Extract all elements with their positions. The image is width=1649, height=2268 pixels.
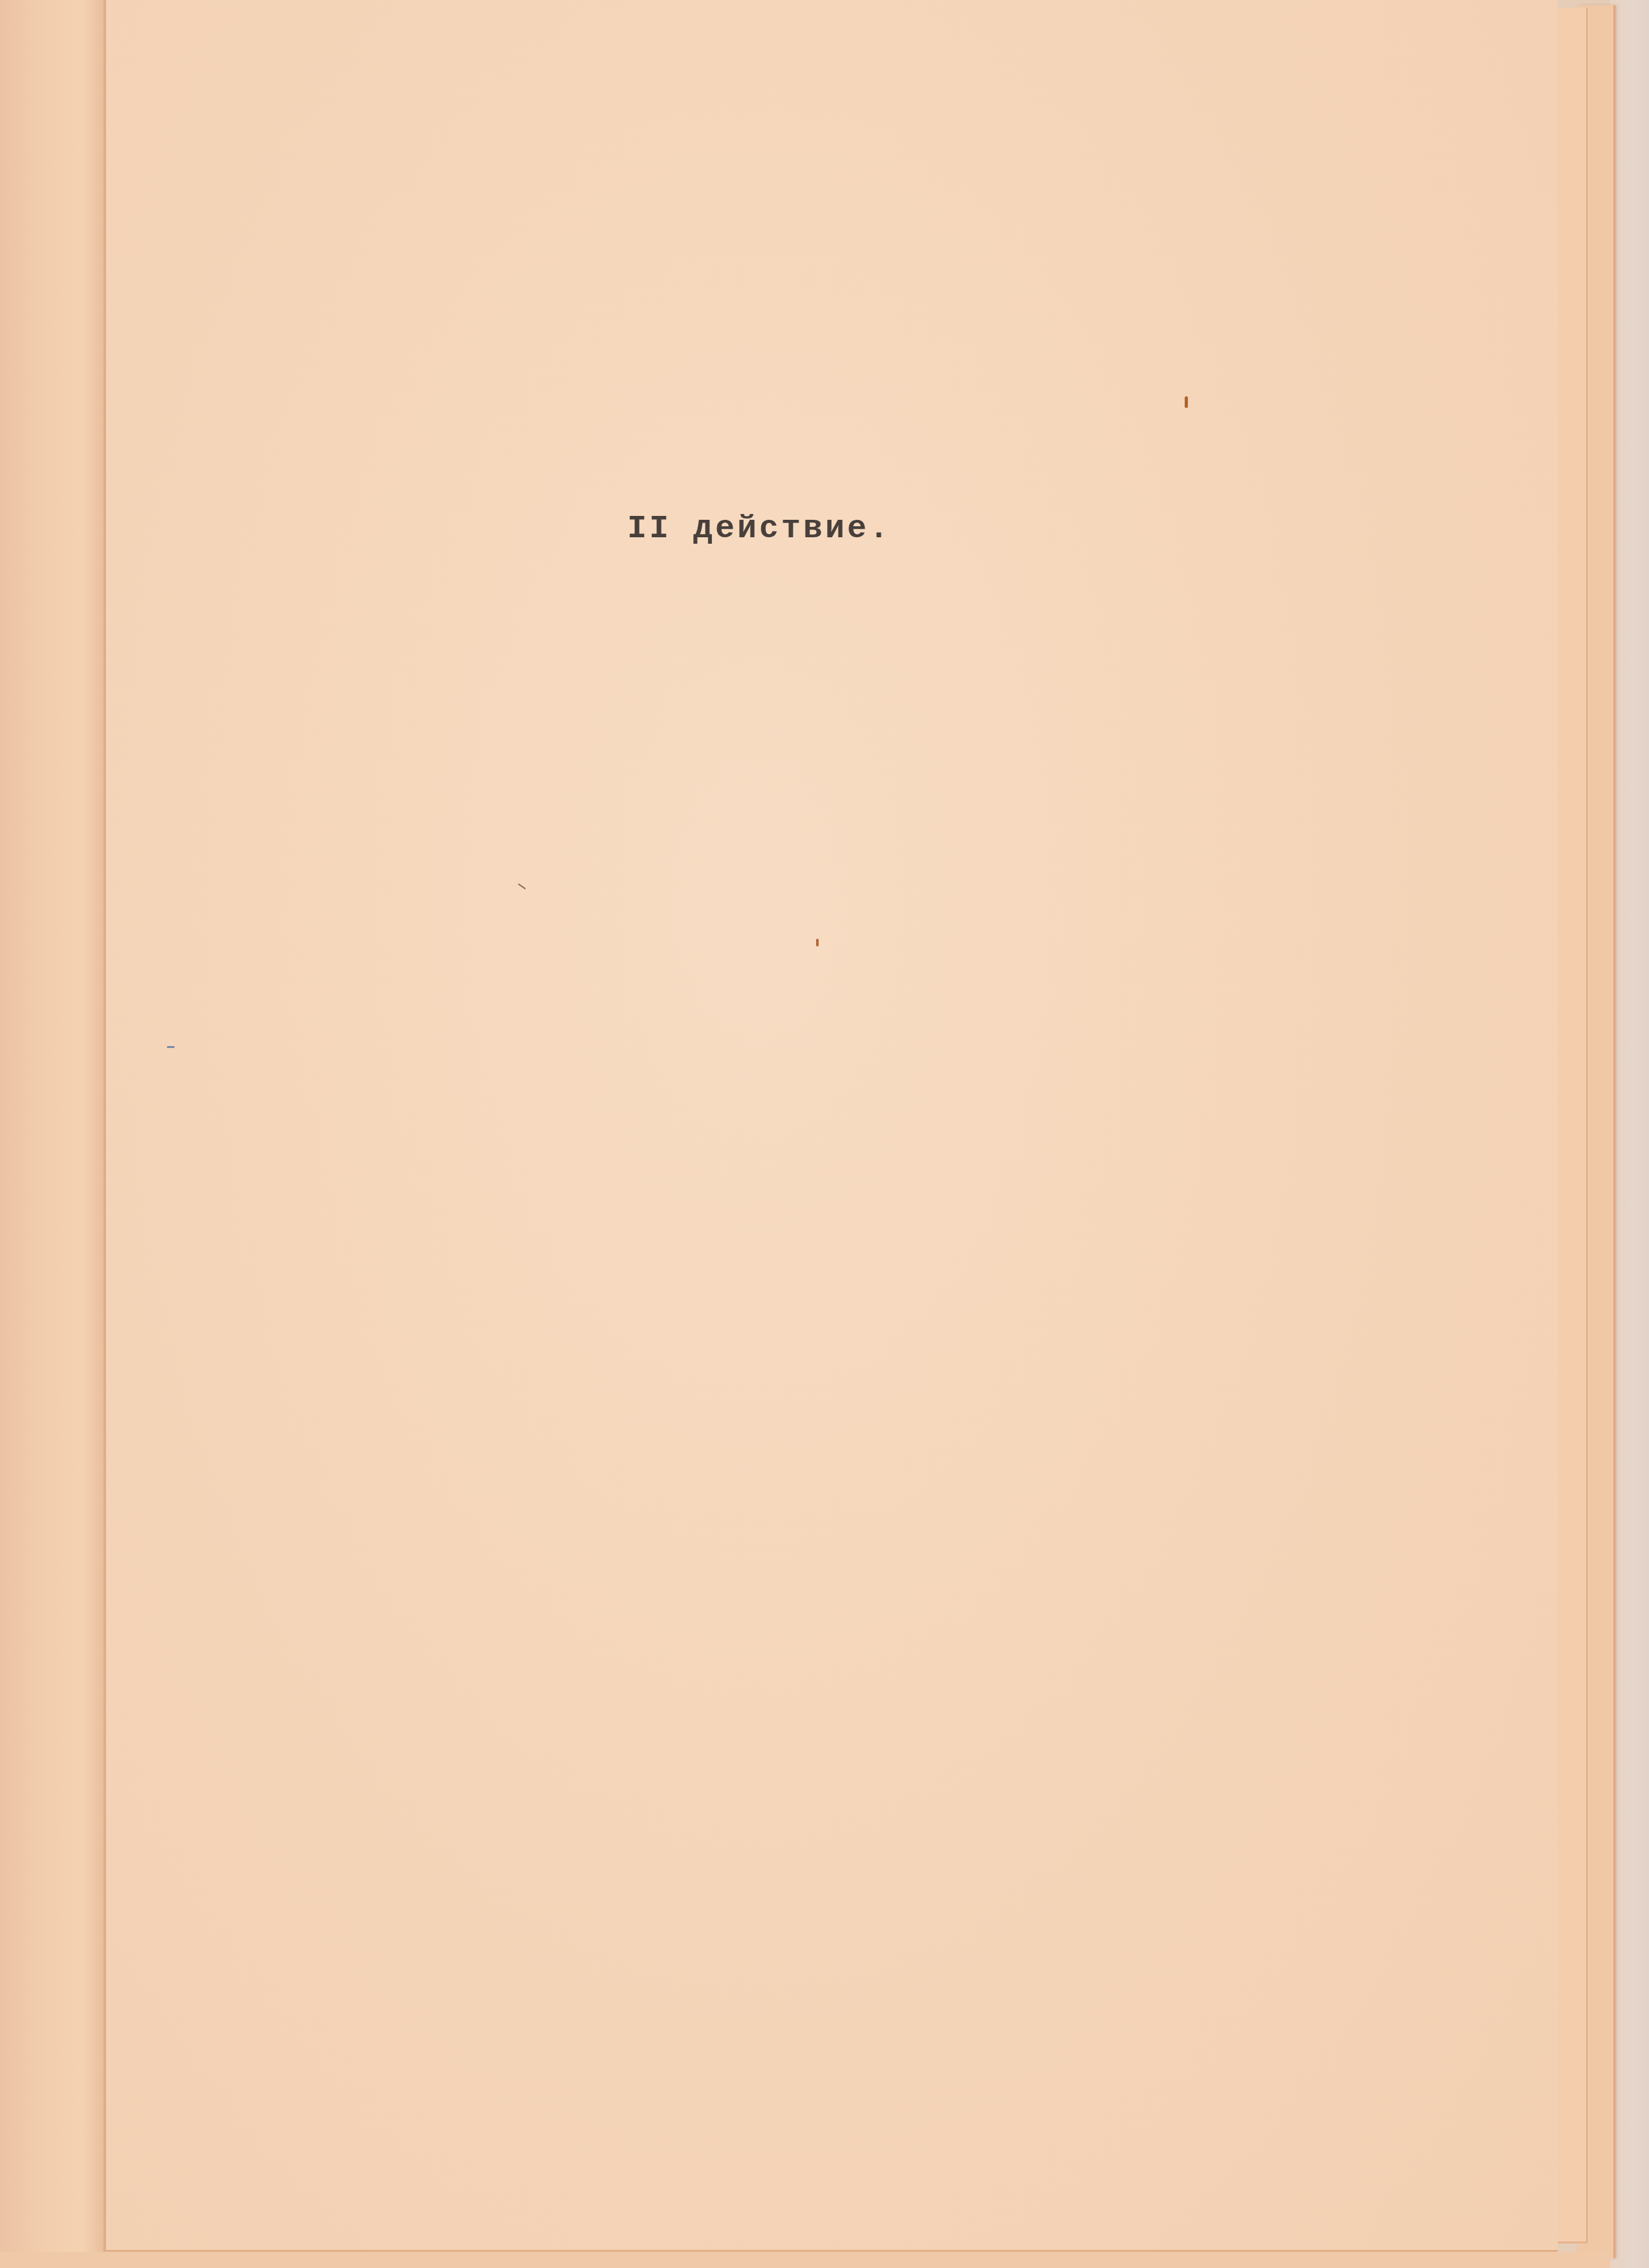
act-heading: II действие. bbox=[627, 511, 891, 548]
background-surface bbox=[1610, 0, 1649, 2268]
binder-spine bbox=[0, 0, 106, 2268]
paper-speck bbox=[1185, 396, 1188, 408]
paper-speck bbox=[167, 1046, 175, 1048]
paper-speck bbox=[816, 939, 819, 947]
document-page bbox=[106, 0, 1558, 2252]
page-stack-edge-inner bbox=[1555, 8, 1588, 2243]
page-bottom-edge bbox=[0, 2252, 1610, 2268]
